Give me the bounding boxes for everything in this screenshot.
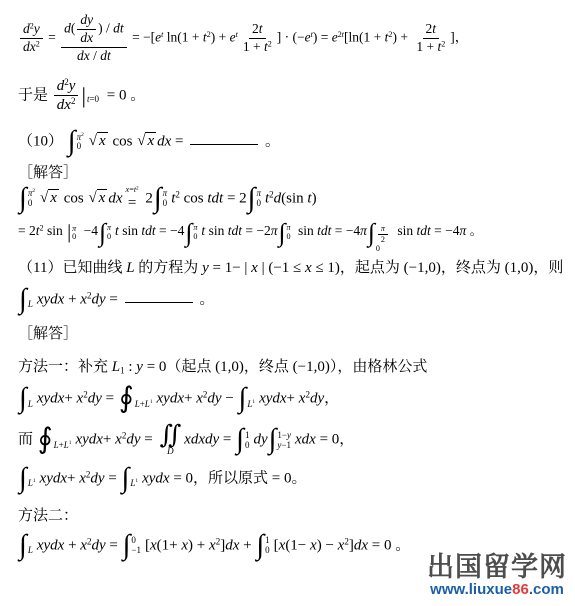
- math-text: 0: [131, 536, 136, 545]
- math-fraction: π2: [378, 224, 388, 245]
- math-text: ) +: [188, 537, 209, 553]
- math-numerator: dy: [77, 12, 96, 30]
- math-integral: ∫π0: [278, 221, 293, 244]
- math-var: π: [163, 189, 168, 198]
- math-var: dx: [57, 97, 71, 113]
- math-lower-limit: 0: [28, 199, 35, 208]
- math-text: sin: [295, 223, 318, 238]
- math-var: x: [80, 537, 87, 553]
- math-text: =: [45, 29, 59, 44]
- math-lower-limit: y−1: [277, 441, 291, 450]
- math-integral: ∫10: [236, 427, 252, 453]
- math-denominator: dx2: [54, 96, 79, 115]
- math-lower-limit: L: [28, 300, 33, 309]
- math-text: 2: [268, 39, 272, 48]
- math-superscript: 2: [81, 133, 84, 142]
- math-text: 1: [265, 536, 270, 545]
- math-text: = 0（起点 (1,0)，终点 (−1,0)），由格林公式: [143, 359, 427, 375]
- math-var: dx: [23, 39, 36, 54]
- math-text: =: [140, 432, 156, 448]
- math-lower-limit: 0: [163, 199, 168, 208]
- math-lower-limit: 0: [287, 233, 291, 241]
- math-text: (1−: [285, 537, 310, 553]
- math-lower-limit: 0: [77, 142, 84, 151]
- math-var: dx: [80, 30, 93, 45]
- watermark-url-prefix: www.liuxue: [430, 581, 512, 598]
- math-fraction: dydx: [77, 12, 96, 47]
- radical-sign: √: [137, 134, 145, 150]
- math-text: [ln(1 +: [344, 29, 385, 44]
- math-var: xdxdy: [184, 432, 219, 448]
- math-text: = 0，: [316, 432, 354, 448]
- math-superscript: 2: [36, 39, 40, 48]
- math-var: y: [202, 260, 209, 276]
- math-text: ≤ 1)，起点为 (−1,0)，终点为 (1,0)，则: [312, 260, 564, 276]
- bar-symbol: |: [81, 85, 86, 108]
- math-text: sin: [205, 223, 228, 238]
- math-var: x: [80, 291, 87, 307]
- math-superscript: 2: [268, 39, 272, 48]
- math-fraction: d2ydx2: [20, 21, 43, 56]
- math-numerator: d2y: [54, 77, 79, 97]
- math-text: =: [128, 195, 136, 211]
- answer-blank: [190, 129, 258, 145]
- math-numerator: π: [378, 224, 388, 235]
- math-integral: ∫π0: [248, 186, 264, 212]
- math-lower-limit: L: [28, 400, 33, 409]
- math-text: 。: [261, 133, 280, 149]
- math-text: = 2: [18, 223, 36, 238]
- math-var: xdx: [295, 432, 316, 448]
- math-sqrt: √x: [89, 132, 108, 150]
- math-eval-bar: |t=0: [81, 85, 102, 108]
- math-text: = 0，所以原式 = 0。: [170, 470, 307, 486]
- math-integral: ∮L+L1: [38, 427, 75, 453]
- math-var: t: [432, 21, 436, 36]
- math-var: y: [136, 359, 143, 375]
- math-var: dx: [354, 537, 368, 553]
- math-superscript: 2: [32, 189, 35, 198]
- math-text: +: [64, 537, 80, 553]
- math-text: =: [102, 391, 118, 407]
- math-limits: L1: [247, 390, 255, 409]
- math-text: 0: [193, 233, 197, 241]
- math-integral: ∫π0: [154, 186, 170, 212]
- math-text: ] · (−: [277, 29, 305, 44]
- math-text: ) −: [317, 537, 338, 553]
- math-var: x: [147, 133, 154, 149]
- math-text: +: [67, 470, 79, 486]
- math-upper-limit: 1: [245, 431, 250, 440]
- math-limits: L: [28, 290, 33, 309]
- math-var: π: [256, 189, 261, 198]
- solution-10-line-2: = 2t2 sin |π0 −4∫π0t sin tdt = −4∫π0t si…: [18, 219, 569, 243]
- math-superscript: t: [236, 30, 238, 39]
- method-2-header: 方法二：: [18, 504, 569, 525]
- math-integral: ∫0−1: [123, 533, 144, 559]
- math-limits: π20: [28, 189, 35, 208]
- math-text: /: [90, 48, 101, 63]
- math-text: cos: [180, 190, 208, 206]
- math-limits: 0−1: [131, 536, 141, 555]
- math-text: 1: [245, 431, 250, 440]
- math-text: ，: [324, 391, 339, 407]
- math-text: = 2: [223, 190, 246, 206]
- math-text: ): [312, 190, 317, 206]
- solution-10-line-1: ∫π20√x cos √xdxx=t2= 2∫π0t2 cos tdt = 2∫…: [18, 186, 569, 212]
- integral-symbol: ∫: [248, 186, 256, 212]
- math-limits: 1−yy−1: [277, 431, 291, 450]
- math-var: x: [305, 260, 312, 276]
- math-limits: π0: [287, 224, 291, 241]
- math-text: | (−1 ≤: [258, 260, 305, 276]
- math-denominator: dx2: [20, 39, 43, 56]
- math-var: y: [34, 21, 40, 36]
- math-var: tdt: [228, 223, 242, 238]
- answer-label-10: ［解答］: [18, 161, 569, 182]
- math-var: x: [99, 133, 106, 149]
- math-numerator: 2t: [423, 21, 440, 39]
- math-var: dy: [91, 537, 105, 553]
- math-var: L: [126, 260, 134, 276]
- math-var: tdt: [207, 190, 223, 206]
- math-limits: π0: [72, 225, 76, 240]
- math-text: 的方程为: [135, 260, 203, 276]
- document-body: d2ydx2 = d(dydx) / dtdx / dt = −[et ln(1…: [0, 0, 575, 558]
- math-upper-limit: π: [287, 224, 291, 232]
- math-radicand: x: [97, 189, 108, 207]
- math-text: 1: [150, 399, 153, 405]
- math-var: xydx: [259, 391, 286, 407]
- integral-symbol: ∫: [236, 427, 244, 453]
- math-upper-limit: 0: [131, 536, 141, 545]
- math-limits: π20: [376, 224, 390, 241]
- math-text: +: [64, 291, 80, 307]
- math-superscript: 2: [441, 39, 445, 48]
- math-limits: π0: [193, 224, 197, 241]
- math-text: 2: [381, 235, 385, 244]
- math-text: =: [171, 133, 187, 149]
- math-text: 0: [107, 233, 111, 241]
- math-sqrt: √x: [137, 132, 156, 150]
- math-under-limit: D: [167, 447, 174, 456]
- integral-symbol: ∫: [19, 533, 27, 559]
- math-lower-limit: L1: [247, 400, 255, 409]
- math-text: 方法二：: [18, 508, 78, 524]
- math-text: = −4: [331, 223, 360, 238]
- math-text: = 0 。: [103, 87, 145, 103]
- math-var: dt: [100, 48, 111, 63]
- math-text: −4: [80, 223, 98, 238]
- math-integral: ∫10: [256, 533, 272, 559]
- method-1-line-2: 而 ∮L+L1xydx+ x2dy = ∬Dxdxdy = ∫10dy∫1−yy…: [18, 424, 569, 456]
- math-var: dx: [225, 537, 239, 553]
- integral-symbol: ∮: [119, 386, 134, 412]
- math-radicand: x: [145, 132, 156, 150]
- math-text: 1: [69, 440, 72, 446]
- math-var: tdt: [416, 223, 430, 238]
- math-numerator: d2y: [20, 21, 43, 39]
- math-limits: L1: [28, 469, 36, 488]
- method-1-line-3: ∫L1xydx+ x2dy = ∫L1xydx = 0，所以原式 = 0。: [18, 466, 569, 492]
- math-subscript: 1: [69, 441, 72, 450]
- math-var: dy: [207, 391, 221, 407]
- math-numerator: 2t: [249, 21, 266, 39]
- math-over-label: x=t2: [126, 186, 139, 194]
- math-upper-limit: π2: [77, 133, 84, 142]
- math-text: 0: [163, 199, 168, 208]
- math-limits: L: [28, 390, 33, 409]
- integral-symbol: ∬: [159, 424, 181, 447]
- integral-symbol: ∫: [68, 129, 76, 155]
- math-var: dx: [77, 48, 90, 63]
- math-var: x: [196, 391, 203, 407]
- math-var: L: [28, 400, 33, 409]
- math-var: π: [193, 224, 197, 232]
- math-var: y: [287, 431, 291, 440]
- math-text: 2: [81, 132, 84, 138]
- math-text: = −[: [129, 29, 155, 44]
- math-var: dt: [113, 20, 124, 35]
- math-text: (: [71, 20, 76, 35]
- math-var: xydx: [37, 537, 64, 553]
- math-lower-limit: 0: [72, 233, 76, 241]
- math-var: π: [287, 224, 291, 232]
- integral-symbol: ∫: [239, 386, 247, 412]
- math-text: 。: [466, 223, 483, 238]
- math-var: L: [28, 300, 33, 309]
- integral-symbol: ∫: [122, 466, 130, 492]
- math-text: cos: [109, 133, 137, 149]
- math-var: xydx: [142, 470, 169, 486]
- math-text: sin: [394, 223, 417, 238]
- bar-symbol: |: [67, 222, 71, 242]
- math-var: y: [69, 78, 76, 94]
- math-limits: π0: [107, 224, 111, 241]
- math-integral: ∮L+L1: [119, 386, 156, 412]
- math-lower-limit: 0: [245, 441, 250, 450]
- math-sqrt: √x: [88, 189, 107, 207]
- equation-result-t0: 于是 d2ydx2|t=0 = 0 。: [18, 77, 569, 116]
- math-text: 0: [256, 199, 261, 208]
- math-var: dy: [80, 12, 93, 27]
- math-text: 0: [28, 199, 33, 208]
- math-text: −1: [131, 546, 141, 555]
- math-var: xydx: [157, 391, 184, 407]
- math-lower-limit: L+L1: [135, 400, 153, 409]
- math-limits: 10: [245, 431, 250, 450]
- math-text: 2: [71, 96, 76, 106]
- math-text: = 0 。: [368, 537, 410, 553]
- math-limits: L+L1: [54, 431, 72, 450]
- math-lower-limit: L1: [130, 479, 138, 488]
- math-limits: π0: [163, 189, 168, 208]
- math-text: cos: [60, 190, 88, 206]
- radical-sign: √: [40, 191, 48, 207]
- math-text: 2: [441, 39, 445, 48]
- math-over-base: =: [128, 196, 136, 211]
- watermark-site-name: 出国留学网: [427, 553, 567, 581]
- math-text: +: [287, 391, 299, 407]
- math-var: x: [251, 260, 258, 276]
- math-limits: π0: [256, 189, 261, 208]
- math-limits: L: [28, 536, 33, 555]
- math-upper-limit: π2: [28, 189, 35, 198]
- math-text: = −4: [431, 223, 460, 238]
- math-text: 0: [72, 233, 76, 241]
- math-text: ) +: [392, 29, 411, 44]
- math-text: +: [184, 391, 196, 407]
- math-var: xydx: [37, 391, 64, 407]
- math-var: x: [50, 190, 57, 206]
- math-over: x=t2=: [126, 186, 139, 210]
- answer-blank: [125, 287, 193, 303]
- math-text: ]，: [450, 29, 468, 44]
- math-var: dx: [108, 190, 122, 206]
- math-var: x: [209, 537, 216, 553]
- math-fraction: d2ydx2: [54, 77, 79, 116]
- math-var: dy: [88, 391, 102, 407]
- math-limits: L+L1: [135, 390, 153, 409]
- math-var: x: [79, 470, 86, 486]
- math-text: 0: [77, 142, 82, 151]
- math-text: = −4: [156, 223, 185, 238]
- watermark-url-suffix: .com: [529, 581, 564, 598]
- math-text: 方法一：补充: [18, 359, 112, 375]
- math-integral: ∫1−yy−1: [269, 427, 294, 453]
- math-lower-limit: 0: [265, 546, 270, 555]
- math-lower-limit: 0: [256, 199, 261, 208]
- math-text: （11）已知曲线: [18, 260, 126, 276]
- math-subscript: 1: [135, 479, 138, 488]
- equation-second-derivative: d2ydx2 = d(dydx) / dtdx / dt = −[et ln(1…: [18, 12, 569, 65]
- math-text: 2: [36, 39, 40, 48]
- integral-symbol: ∫: [123, 533, 131, 559]
- math-text: 2: [252, 21, 259, 36]
- math-text: 而: [18, 432, 37, 448]
- math-var: dy: [91, 291, 105, 307]
- math-limits: π20: [77, 133, 84, 152]
- answer-label-11: ［解答］: [18, 322, 569, 343]
- math-limits: t=0: [87, 87, 99, 104]
- math-text: 1−: [277, 431, 287, 440]
- math-text: =0: [89, 95, 99, 104]
- math-fraction: 2t1 + t2: [240, 21, 275, 56]
- integral-symbol: ∫: [99, 221, 106, 244]
- math-double-integral: ∬D: [159, 424, 181, 456]
- integral-symbol: ∫: [19, 386, 27, 412]
- math-upper-limit: π: [256, 189, 261, 198]
- math-text: 1: [33, 478, 36, 484]
- math-eval-bar: |π0: [67, 222, 79, 242]
- math-subscript: 1: [252, 400, 255, 409]
- math-var: d: [23, 21, 30, 36]
- math-text: +: [103, 432, 115, 448]
- math-integral: ∫L: [19, 533, 36, 559]
- math-text: ln(1 +: [163, 29, 203, 44]
- integral-symbol: ∫: [154, 186, 162, 212]
- integral-symbol: ∫: [269, 427, 277, 453]
- math-var: d: [64, 20, 71, 35]
- math-text: =: [106, 291, 122, 307]
- math-var: t: [236, 30, 238, 39]
- math-var: x: [310, 537, 317, 553]
- math-var: π: [271, 223, 278, 238]
- math-text: =: [219, 432, 235, 448]
- math-var: tdt: [317, 223, 331, 238]
- math-denominator: 1 + t2: [240, 39, 275, 56]
- radical-sign: √: [88, 191, 96, 207]
- math-text: 0: [265, 546, 270, 555]
- math-var: xydx: [40, 470, 67, 486]
- math-integral: ∫L1: [19, 466, 39, 492]
- math-text: 0: [287, 233, 291, 241]
- math-text: 1: [252, 399, 255, 405]
- math-var: L: [28, 546, 33, 555]
- math-var: x: [150, 537, 157, 553]
- math-text: = −2: [242, 223, 271, 238]
- watermark: 出国留学网 www.liuxue86.com: [427, 553, 567, 598]
- math-lower-limit: 0: [107, 233, 111, 241]
- math-var: π: [381, 224, 385, 233]
- math-text: =: [105, 470, 121, 486]
- math-var: x: [99, 190, 106, 206]
- math-text: 0: [245, 441, 250, 450]
- math-text: (sin: [281, 190, 307, 206]
- math-text: (1+: [157, 537, 182, 553]
- math-var: dy: [310, 391, 324, 407]
- math-var: L: [112, 359, 120, 375]
- integral-symbol: ∮: [38, 427, 53, 453]
- math-radicand: x: [48, 189, 59, 207]
- math-text: （10）: [18, 133, 67, 149]
- math-upper-limit: π2: [376, 224, 390, 245]
- math-text: 2: [136, 187, 138, 192]
- math-text: sin: [44, 223, 67, 238]
- math-denominator: dx: [77, 30, 96, 47]
- math-var: xydx: [37, 291, 64, 307]
- math-upper-limit: 1: [265, 536, 270, 545]
- integral-symbol: ∫: [19, 186, 27, 212]
- math-superscript: 2: [136, 187, 138, 192]
- math-lower-limit: L: [28, 546, 33, 555]
- math-subscript: 1: [33, 479, 36, 488]
- math-var: dy: [126, 432, 140, 448]
- integral-symbol: ∫: [185, 221, 192, 244]
- math-limits: L1: [130, 469, 138, 488]
- radical-sign: √: [89, 134, 97, 150]
- math-text: +: [64, 391, 76, 407]
- math-text: =: [106, 537, 122, 553]
- math-text: 。: [196, 291, 215, 307]
- math-text: +: [239, 537, 255, 553]
- math-text: −1: [281, 441, 291, 450]
- math-subscript: 1: [150, 400, 153, 409]
- math-text: ) /: [98, 20, 113, 35]
- math-var: π: [360, 223, 367, 238]
- math-sqrt: √x: [40, 189, 59, 207]
- math-integral: ∫π20: [68, 129, 87, 155]
- math-upper-limit: π: [107, 224, 111, 232]
- integral-symbol: ∫: [256, 533, 264, 559]
- math-text: 2: [32, 188, 35, 194]
- math-var: dy: [90, 470, 104, 486]
- math-integral: ∫π0: [99, 221, 114, 244]
- math-fraction: 2t1 + t2: [413, 21, 448, 56]
- integral-symbol: ∫: [278, 221, 285, 244]
- problem-11-statement: （11）已知曲线 L 的方程为 y = 1− | x | (−1 ≤ x ≤ 1…: [18, 256, 569, 277]
- math-var: tdt: [141, 223, 155, 238]
